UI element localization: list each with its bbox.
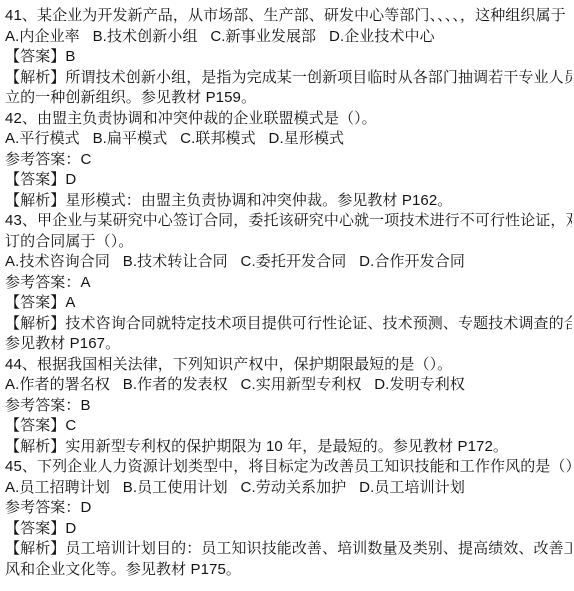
question-text: 41、某企业为开发新产品，从市场部、生产部、研发中心等部门、、、、，这种组织属于…	[5, 6, 572, 27]
answer-label: 【答案】B	[5, 47, 572, 68]
question-block-41: 41、某企业为开发新产品，从市场部、生产部、研发中心等部门、、、、，这种组织属于…	[5, 6, 572, 109]
analysis-text: 【解析】技术咨询合同就特定技术项目提供可行性论证、技术预测、专题技术调查的合同。	[5, 314, 572, 335]
options-line: A.内企业率 B.技术创新小组 C.新事业发展部 D.企业技术中心	[5, 27, 572, 48]
analysis-text: 【解析】所谓技术创新小组，是指为完成某一创新项目临时从各部门抽调若干专业人员而成	[5, 68, 572, 89]
reference-answer: 参考答案：C	[5, 150, 572, 171]
analysis-text: 立的一种创新组织。参见教材 P159。	[5, 88, 572, 109]
reference-answer: 参考答案：B	[5, 396, 572, 417]
options-line: A.平行模式 B.扁平模式 C.联邦模式 D.星形模式	[5, 129, 572, 150]
question-text: 45、下列企业人力资源计划类型中，将目标定为改善员工知识技能和工作作风的是（）。	[5, 457, 572, 478]
question-text: 44、根据我国相关法律，下列知识产权中，保护期限最短的是（）。	[5, 355, 572, 376]
analysis-text: 风和企业文化等。参见教材 P175。	[5, 560, 572, 581]
answer-label: 【答案】D	[5, 170, 572, 191]
question-block-44: 44、根据我国相关法律，下列知识产权中，保护期限最短的是（）。A.作者的署名权 …	[5, 355, 572, 458]
analysis-text: 【解析】员工培训计划目的：员工知识技能改善、培训数量及类别、提高绩效、改善工作作	[5, 539, 572, 560]
reference-answer: 参考答案：D	[5, 498, 572, 519]
analysis-text: 参见教材 P167。	[5, 334, 572, 355]
question-block-43: 43、甲企业与某研究中心签订合同，委托该研究中心就一项技术进行不可行性论证，双方…	[5, 211, 572, 355]
question-text: 42、由盟主负责协调和冲突仲裁的企业联盟模式是（）。	[5, 109, 572, 130]
document-page: 41、某企业为开发新产品，从市场部、生产部、研发中心等部门、、、、，这种组织属于…	[0, 0, 574, 591]
analysis-text: 【解析】实用新型专利权的保护期限为 10 年，是最短的。参见教材 P172。	[5, 437, 572, 458]
question-block-45: 45、下列企业人力资源计划类型中，将目标定为改善员工知识技能和工作作风的是（）。…	[5, 457, 572, 580]
analysis-text: 【解析】星形模式：由盟主负责协调和冲突仲裁。参见教材 P162。	[5, 191, 572, 212]
question-text: 订的合同属于（）。	[5, 232, 572, 253]
answer-label: 【答案】C	[5, 416, 572, 437]
reference-answer: 参考答案：A	[5, 273, 572, 294]
answer-label: 【答案】A	[5, 293, 572, 314]
question-block-42: 42、由盟主负责协调和冲突仲裁的企业联盟模式是（）。A.平行模式 B.扁平模式 …	[5, 109, 572, 212]
answer-label: 【答案】D	[5, 519, 572, 540]
options-line: A.员工招聘计划 B.员工使用计划 C.劳动关系加护 D.员工培训计划	[5, 478, 572, 499]
options-line: A.技术咨询合同 B.技术转让合同 C.委托开发合同 D.合作开发合同	[5, 252, 572, 273]
options-line: A.作者的署名权 B.作者的发表权 C.实用新型专利权 D.发明专利权	[5, 375, 572, 396]
question-text: 43、甲企业与某研究中心签订合同，委托该研究中心就一项技术进行不可行性论证，双方…	[5, 211, 572, 232]
